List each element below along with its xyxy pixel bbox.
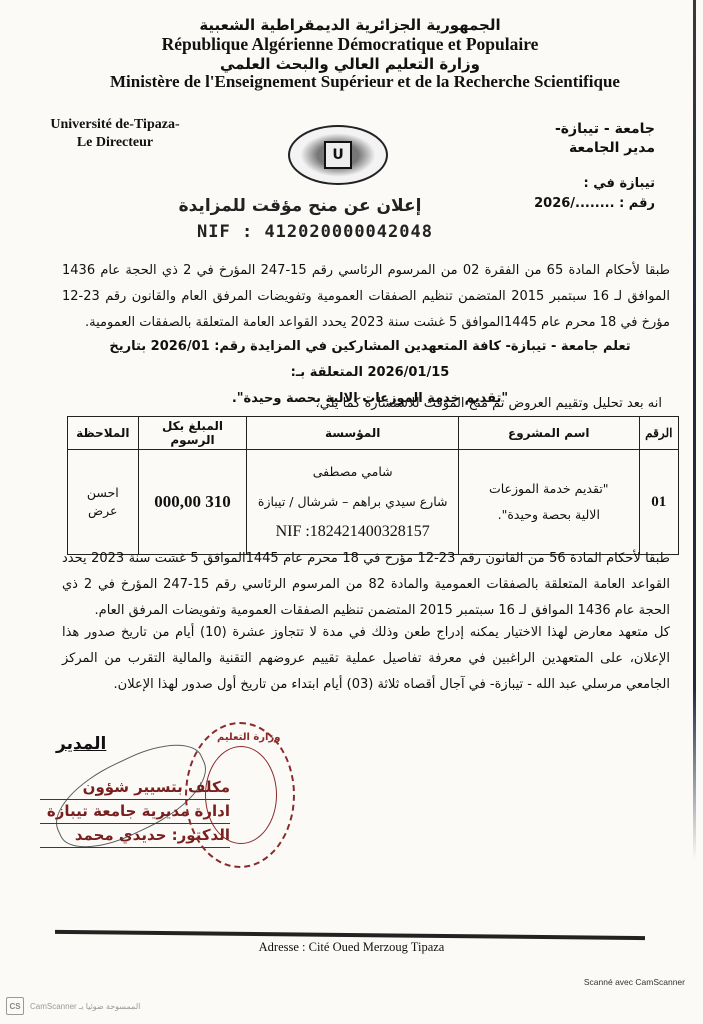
row-number: 01 [639,450,678,555]
paragraph-appeal-terms: كل متعهد معارض لهذا الاختيار يمكنه إدراج… [62,620,670,698]
university-fr: Université de-Tipaza- [40,116,190,134]
notice-line: تعلم جامعة - تيبازة- كافة المتعهدين المش… [90,334,650,386]
row-amount: 310 000,00 [138,450,247,555]
page-edge-line [693,0,696,860]
header-number: الرقم [639,417,678,450]
issuer-ar: جامعة - تيبازة- مدير الجامعة [455,120,655,158]
scanned-label: Scanné avec CamScanner [584,977,685,987]
camscanner-logo-icon: CS [6,997,24,1015]
ministry-fr: Ministère de l'Enseignement Supérieur et… [65,72,665,92]
company-address: شارع سيدي براهم – شرشال / تيبازة [248,487,457,517]
place-date-block: تيبازة في : رقم : ......../2026 [435,174,655,214]
paragraph-appeal-basis: طبقا لأحكام المادة 56 من القانون رقم 23-… [62,546,670,624]
round-stamp-text: وزارة التعليم [217,732,280,743]
paragraph-legal-basis: طبقا لأحكام المادة 65 من الفقرة 02 من ال… [62,258,670,336]
university-ar: جامعة - تيبازة- [455,120,655,139]
university-logo: U [288,125,388,185]
place-date: تيبازة في : [435,174,655,194]
stamp-inner-ring [205,746,277,844]
table-row: 01 "تقديم خدمة الموزعات الالية بحصة وحيد… [68,450,679,555]
issuer-fr: Université de-Tipaza- Le Directeur [40,116,190,152]
header-company: المؤسسة [247,417,459,450]
ministry-ar: وزارة التعليم العالي والبحث العلمي [150,55,550,73]
company-name: شامي مصطفى [248,457,457,487]
project-line: الالية بحصة وحيدة". [460,502,638,528]
amount-value: 310 000,00 [154,492,231,511]
row-company: شامي مصطفى شارع سيدي براهم – شرشال / تيب… [247,450,459,555]
header-project: اسم المشروع [459,417,640,450]
republic-ar: الجمهورية الجزائرية الديمقراطية الشعبية [150,16,550,34]
reference-number: رقم : ......../2026 [435,194,655,214]
director-title: المدير [56,734,106,754]
row-note: احسن عرض [68,450,139,555]
footer-address: Adresse : Cité Oued Merzoug Tipaza [0,940,703,955]
project-line: "تقديم خدمة الموزعات [460,476,638,502]
logo-emblem-icon: U [324,141,352,169]
note-line: عرض [69,502,137,520]
republic-fr: République Algérienne Démocratique et Po… [100,34,600,55]
table-header-row: الرقم اسم المشروع المؤسسة المبلغ بكل الر… [68,417,679,450]
company-nif: NIF :182421400328157 [248,517,457,547]
announcement-nif: NIF : 412020000042048 [170,222,460,242]
footer-divider [55,930,645,940]
camscanner-label: CamScanner الممسوحة ضوئيا بـ [30,1002,140,1011]
announcement-title: إعلان عن منح مؤقت للمزايدة [150,196,450,216]
director-ar: مدير الجامعة [455,139,655,158]
director-fr: Le Directeur [40,134,190,152]
row-project: "تقديم خدمة الموزعات الالية بحصة وحيدة". [459,450,640,555]
camscanner-watermark: CS CamScanner الممسوحة ضوئيا بـ [6,997,140,1015]
official-round-stamp: وزارة التعليم [185,722,295,868]
header-note: الملاحظة [68,417,139,450]
award-table: الرقم اسم المشروع المؤسسة المبلغ بكل الر… [67,416,679,555]
note-line: احسن [69,484,137,502]
paragraph-award-intro: انه بعد تحليل وتقييم العروض تم منح المؤق… [62,396,662,411]
header-amount: المبلغ بكل الرسوم [138,417,247,450]
